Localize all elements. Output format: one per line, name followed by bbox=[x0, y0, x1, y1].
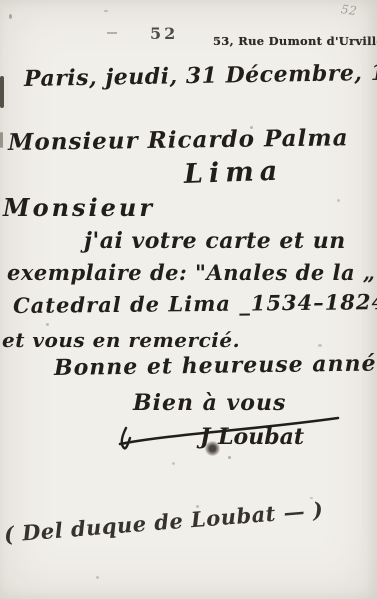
body-line-3: Catedral de Lima _1534–1824" bbox=[13, 289, 377, 318]
scan-mark-dash bbox=[107, 32, 117, 34]
paper-speck bbox=[172, 462, 175, 465]
ink-blot bbox=[205, 441, 220, 456]
signature-block: J Loubat bbox=[112, 410, 344, 458]
body-line-1: j'ai votre carte et un bbox=[84, 228, 346, 254]
body-line-2: exemplaire de: "Anales de la „ bbox=[7, 260, 375, 285]
date-line: Paris, jeudi, 31 Décembre, 1903 bbox=[24, 59, 377, 92]
scan-edge-mark bbox=[0, 132, 3, 148]
closing-wish: Bonne et heureuse année, bbox=[54, 350, 377, 381]
paper-speck bbox=[196, 505, 199, 508]
paper-speck bbox=[310, 497, 313, 499]
stamped-page-number: 52 bbox=[150, 24, 178, 43]
archivist-annotation: ( Del duque de Loubat — ) bbox=[3, 497, 324, 547]
scan-edge-mark bbox=[0, 76, 4, 108]
body-line-4: et vous en remercié. bbox=[2, 328, 240, 352]
recipient-city: Lima bbox=[183, 156, 283, 190]
paper-speck bbox=[96, 576, 99, 579]
salutation: Monsieur bbox=[3, 193, 155, 222]
paper-speck bbox=[9, 14, 12, 19]
paper-speck bbox=[318, 344, 322, 347]
paper-speck bbox=[46, 323, 49, 326]
paper-speck bbox=[250, 126, 253, 129]
signature-flourish: J Loubat bbox=[112, 410, 344, 458]
paper-speck bbox=[104, 10, 108, 12]
recipient-name: Monsieur Ricardo Palma bbox=[8, 124, 349, 156]
paper-speck bbox=[337, 199, 340, 202]
pencil-page-number: 52 bbox=[340, 2, 358, 18]
letter-scan-page: 52 52 53, Rue Dumont d'Urville Paris, je… bbox=[0, 0, 377, 599]
printed-letterhead-address: 53, Rue Dumont d'Urville bbox=[213, 34, 377, 48]
paper-speck bbox=[228, 456, 231, 459]
